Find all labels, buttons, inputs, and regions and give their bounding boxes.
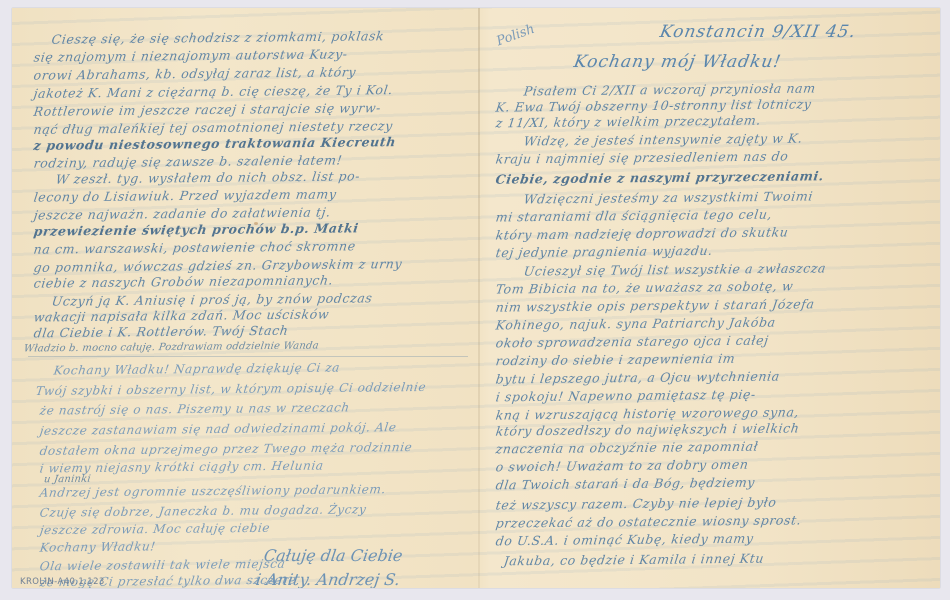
text-line: do U.S.A. i ominąć Kubę, kiedy mamy: [495, 531, 755, 549]
text-line: W zeszł. tyg. wysłałem do nich obsz. lis…: [55, 168, 361, 186]
text-line: około sprowadzenia starego ojca i całej: [495, 333, 770, 351]
text-line: się znajomym i nieznajomym autorstwa Kuz…: [33, 46, 349, 64]
text-line: Twój szybki i obszerny list, w którym op…: [35, 380, 427, 398]
text-line: lecony do Lisiawiuk. Przed wyjazdem mamy: [33, 186, 338, 204]
corner-note: Polish: [495, 22, 537, 50]
archive-id-label: KROLIN-A40.1.123: [20, 577, 105, 587]
text-line: Ola wiele zostawili tak wiele miejsca: [39, 557, 286, 574]
letter-paper: Cieszę się, że się schodzisz z ziomkami,…: [12, 8, 940, 588]
text-line: Tom Bibicia na to, że uważasz za sobotę,…: [495, 278, 795, 296]
text-line: też wszyscy razem. Czyby nie lepiej było: [495, 495, 778, 513]
text-line: Kochany Władku! Naprawdę dziękuję Ci za: [53, 361, 341, 378]
pencil-note: Władzio b. mocno całuję. Pozdrawiam oddz…: [23, 340, 319, 354]
text-line: z powodu niestosownego traktowania Kiecr…: [33, 134, 397, 153]
text-line: ciebie z naszych Grobów niezapomnianych.: [33, 272, 334, 290]
salutation: Kochany mój Władku!: [572, 52, 783, 72]
text-line: przeczekać aż do ostatecznie wiosny spro…: [495, 512, 803, 530]
text-line: mi staraniami dla ściągnięcia tego celu,: [495, 207, 773, 225]
text-line: jeszcze zdrowia. Moc całuję ciebie: [39, 521, 271, 537]
text-line: że nastrój się o nas. Piszemy u nas w rz…: [39, 400, 351, 417]
text-line: Kochany Władku!: [39, 539, 157, 554]
text-line: jakoteż K. Mani z ciężarną b. cię cieszę…: [33, 82, 394, 101]
text-line: nim wszystkie opis perspektyw i starań J…: [495, 296, 816, 314]
text-line: Wdzięczni jesteśmy za wszystkimi Twoimi: [523, 188, 814, 206]
text-line: z 11/XI, który z wielkim przeczytałem.: [495, 113, 762, 131]
text-line: Jakuba, co będzie i Kamila i innej Ktu: [503, 551, 765, 569]
text-line: jeszcze zastanawiam się nad odwiedzinami…: [39, 420, 398, 438]
text-line: kną i wzruszającą historię wzorowego syn…: [495, 404, 800, 422]
text-line: dostałem okna uprzejmego przez Twego męż…: [39, 440, 413, 458]
text-line: orowi Abrahams, kb. odsyłaj zaraz list, …: [33, 64, 357, 82]
right-page: Polish Konstancin 9/XII 45. Kochany mój …: [490, 8, 930, 588]
place-date: Konstancin 9/XII 45.: [658, 22, 857, 42]
text-line: na cm. warszawski, postawienie choć skro…: [33, 238, 357, 256]
text-line: znaczenia na obczyźnie nie zapomniał: [495, 439, 760, 457]
text-line: rodziny, raduję się zawsze b. szalenie ł…: [33, 152, 344, 170]
signature-line: i Anity. Andrzej S.: [255, 570, 402, 588]
page-fold: [478, 8, 480, 588]
text-line: Cieszę się, że się schodzisz z ziomkami,…: [51, 28, 385, 46]
text-line: kraju i najmniej się przesiedleniem nas …: [495, 148, 790, 166]
text-line: który mam nadzieję doprowadzi do skutku: [495, 224, 790, 242]
text-line: dla Twoich starań i da Bóg, będziemy: [495, 475, 756, 493]
text-line: Kohinego, najuk. syna Patriarchy Jakóba: [495, 315, 777, 333]
text-line: tej jedynie pragnienia wyjazdu.: [495, 243, 714, 260]
text-line: bytu i lepszego jutra, a Ojcu wytchnieni…: [495, 369, 781, 387]
text-line: Andrzej jest ogromnie uszczęśliwiony pod…: [39, 482, 387, 500]
text-line: i spokoju! Napewno pamiętasz tę pię-: [495, 387, 757, 405]
text-line: u Janinki: [43, 474, 91, 485]
text-line: przewiezienie świętych prochów b.p. Matk…: [33, 220, 360, 238]
text-line: Ucieszył się Twój list wszystkie a zwłas…: [523, 260, 827, 278]
text-line: rodziny do siebie i zapewnienia im: [495, 351, 736, 369]
text-line: go pomnika, wówczas gdzieś zn. Grzybowsk…: [33, 256, 403, 275]
text-line: który doszedłszy do największych i wielk…: [495, 420, 801, 438]
text-line: Czuję się dobrze, Janeczka b. mu dogadza…: [39, 502, 367, 519]
text-line: K. Ewa Twój obszerny 10-stronny list lot…: [495, 96, 813, 114]
text-line: Ciebie, zgodnie z naszymi przyrzeczeniam…: [495, 168, 825, 186]
text-line: dla Ciebie i K. Rottlerów. Twój Stach: [33, 323, 290, 341]
text-line: o swoich! Uważam to za dobry omen: [495, 457, 750, 475]
text-line: Rottlerowie im jeszcze raczej i starajci…: [33, 100, 382, 119]
text-line: Widzę, że jesteś intensywnie zajęty w K.: [523, 131, 804, 149]
text-line: jeszcze najważn. zadanie do załatwienia …: [33, 204, 332, 222]
divider-line: [28, 356, 468, 357]
signature-line: Całuję dla Ciebie: [263, 546, 404, 565]
left-page: Cieszę się, że się schodzisz z ziomkami,…: [24, 8, 472, 588]
